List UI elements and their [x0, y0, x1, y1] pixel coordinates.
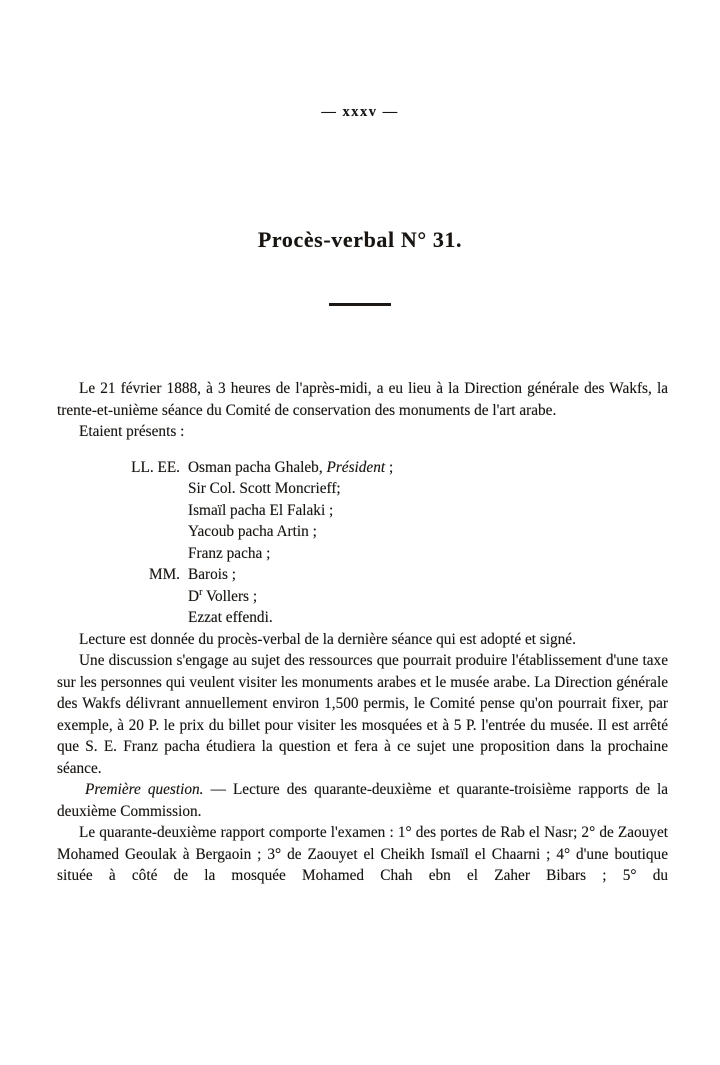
paragraph-opening: Le 21 février 1888, à 3 heures de l'aprè… [57, 378, 668, 421]
attendee-row: Ismaïl pacha El Falaki ; [57, 500, 668, 522]
attendee-name: D [188, 588, 199, 605]
attendee-name: Barois ; [188, 566, 236, 583]
paragraph-discussion: Une discussion s'engage au sujet des res… [57, 650, 668, 779]
attendee-row: Yacoub pacha Artin ; [57, 521, 668, 543]
attendee-row: LL. EE.Osman pacha Ghaleb, Président ; [57, 457, 668, 479]
document-page: — xxxv — Procès-verbal N° 31. Le 21 févr… [0, 0, 720, 1065]
attendee-list: LL. EE.Osman pacha Ghaleb, Président ; S… [57, 457, 668, 629]
document-body: Le 21 février 1888, à 3 heures de l'aprè… [57, 378, 668, 887]
paragraph-rapport: Le quarante-deuxième rapport comporte l'… [57, 822, 668, 887]
attendee-name: Ismaïl pacha El Falaki ; [188, 502, 333, 519]
page-folio-number: — xxxv — [0, 104, 720, 121]
attendee-row: MM.Barois ; [57, 564, 668, 586]
premiere-question-label: Première question. [85, 781, 204, 798]
attendee-group-label: MM. [57, 564, 188, 586]
attendee-name: Sir Col. Scott Moncrieff; [188, 480, 341, 497]
attendee-name: Yacoub pacha Artin ; [188, 523, 317, 540]
paragraph-lecture: Lecture est donnée du procès-verbal de l… [57, 629, 668, 651]
attendee-name: Franz pacha ; [188, 545, 270, 562]
paragraph-present-intro: Etaient présents : [57, 421, 668, 443]
attendee-name: Ezzat effendi. [188, 609, 273, 626]
attendee-name: Osman pacha Ghaleb, [188, 459, 326, 476]
attendee-suffix: ; [385, 459, 393, 476]
attendee-row: Franz pacha ; [57, 543, 668, 565]
attendee-row: Sir Col. Scott Moncrieff; [57, 478, 668, 500]
attendee-row: Ezzat effendi. [57, 607, 668, 629]
paragraph-premiere-question: Première question. — Lecture des quarant… [57, 779, 668, 822]
attendee-suffix: Vollers ; [202, 588, 257, 605]
attendee-row: Dr Vollers ; [57, 586, 668, 608]
section-divider-rule [329, 303, 391, 306]
attendee-role: Président [326, 459, 385, 476]
attendee-group-label: LL. EE. [57, 457, 188, 479]
document-title: Procès-verbal N° 31. [0, 227, 720, 253]
